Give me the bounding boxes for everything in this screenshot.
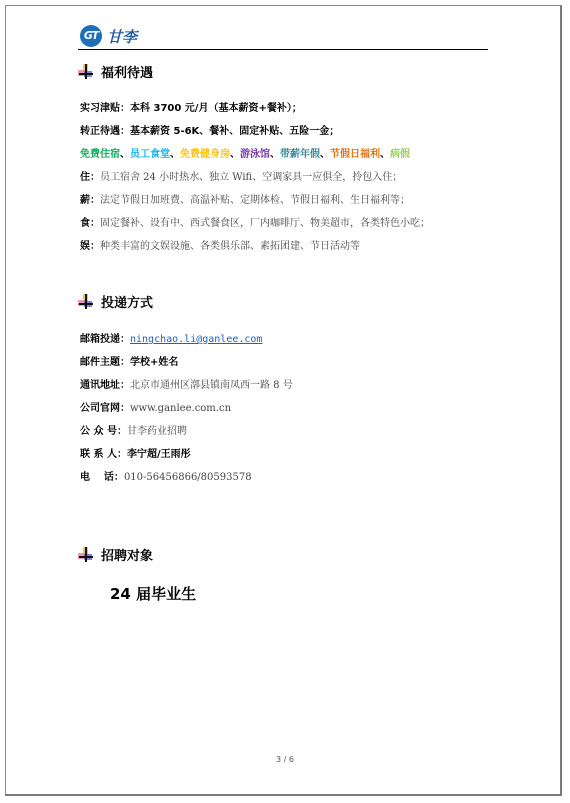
perks-list: 免费住宿、员工食堂、免费健身房、游泳馆、带薪年假、节假日福利、病假 <box>80 145 410 160</box>
perk-staff-canteen: 员工食堂 <box>130 149 170 160</box>
apply-address: 通讯地址：北京市通州区漷县镇南凤西一路 8 号 <box>80 376 293 391</box>
apply-website: 公司官网：www.ganlee.com.cn <box>80 399 231 414</box>
section-title-text: 招聘对象 <box>101 545 153 564</box>
apply-phone: 电 话：010-56456866/80593578 <box>80 468 252 483</box>
perk-paid-leave: 带薪年假 <box>280 149 320 160</box>
intern-allowance: 实习津贴：本科 3700 元/月（基本薪资+餐补）； <box>80 99 302 114</box>
regular-benefits: 转正待遇：基本薪资 5-6K、餐补、固定补贴、五险一金； <box>80 122 339 137</box>
email-link[interactable]: ningchao.li@ganlee.com <box>130 334 262 345</box>
apply-subject: 邮件主题：学校+姓名 <box>80 353 178 368</box>
section-title-text: 福利待遇 <box>101 62 153 81</box>
apply-email: 邮箱投递：ningchao.li@ganlee.com <box>80 330 262 345</box>
section-bullet-icon <box>78 294 93 309</box>
company-logo-icon: GT <box>80 25 102 47</box>
page-header: GT 甘李 <box>78 24 488 50</box>
section-bullet-icon <box>78 64 93 79</box>
detail-pay: 薪：法定节假日加班费、高温补贴、定期体检、节假日福利、生日福利等； <box>80 191 410 206</box>
section-title-text: 投递方式 <box>101 292 153 311</box>
section-title-target: 招聘对象 <box>78 545 153 564</box>
perk-sick-leave: 病假 <box>390 149 410 160</box>
section-title-application: 投递方式 <box>78 292 153 311</box>
section-bullet-icon <box>78 547 93 562</box>
perk-swimming-pool: 游泳馆 <box>240 149 270 160</box>
company-logo-text: 甘李 <box>107 26 137 47</box>
perk-free-gym: 免费健身房 <box>180 149 230 160</box>
target-graduates: 24 届毕业生 <box>110 583 196 604</box>
perk-holiday-benefits: 节假日福利 <box>330 149 380 160</box>
apply-wechat-account: 公 众 号：甘李药业招聘 <box>80 422 187 437</box>
detail-food: 食：固定餐补、设有中、西式餐食区，厂内咖啡厅、物美超市，各类特色小吃； <box>80 214 430 229</box>
perk-free-housing: 免费住宿 <box>80 149 120 160</box>
detail-entertainment: 娱：种类丰富的文娱设施、各类俱乐部、素拓团建、节日活动等 <box>80 237 360 252</box>
apply-contact: 联 系 人：李宁超/王雨彤 <box>80 445 191 460</box>
page-indicator: 3 / 6 <box>0 755 570 764</box>
detail-housing: 住：员工宿舍 24 小时热水、独立 Wifi、空调家具一应俱全，拎包入住； <box>80 168 402 183</box>
section-title-benefits: 福利待遇 <box>78 62 153 81</box>
